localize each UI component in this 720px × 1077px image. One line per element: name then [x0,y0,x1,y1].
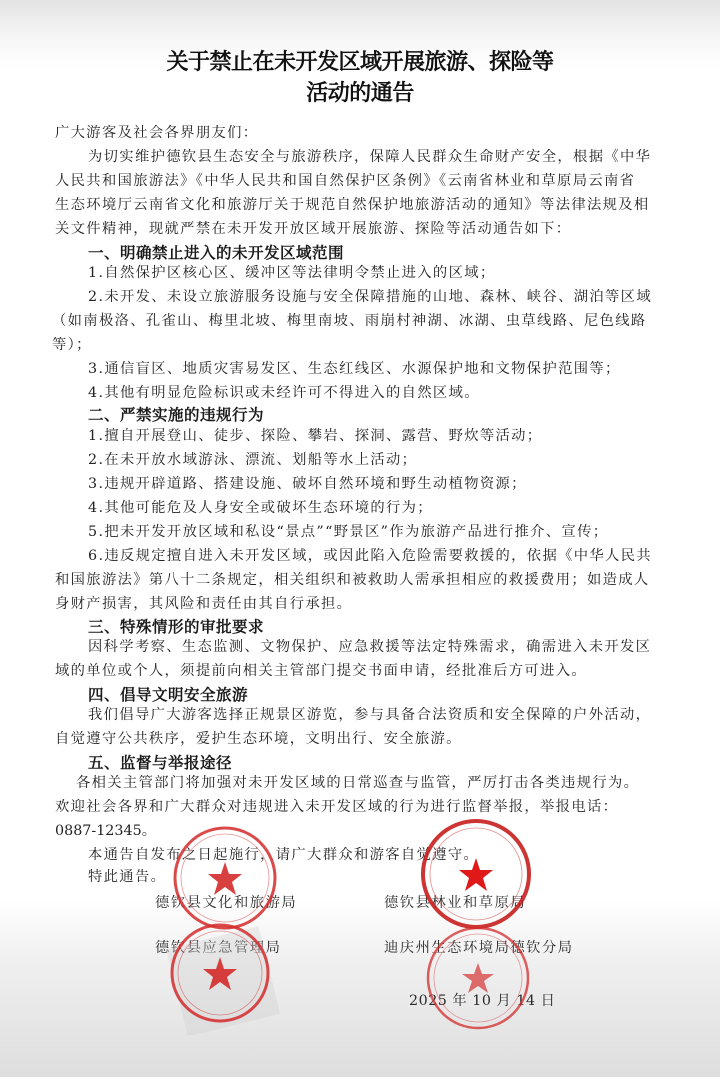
intro-line: 为切实维护德钦县生态安全与旅游秩序，保障人民群众生命财产安全，根据《中华 [88,147,651,167]
section-line: 3.违规开辟道路、搭建设施、破坏自然环境和野生动植物资源； [88,474,527,494]
section-line: 5.把未开发开放区域和私设“景点”“野景区”作为旅游产品进行推介、宣传； [88,522,608,542]
signatory-forestry-grassland: 德钦县林业和草原局 [384,892,526,912]
official-seal-icon [420,818,532,930]
section-heading: 一、明确禁止进入的未开发区域范围 [88,241,344,263]
section-line: 6.违反规定擅自进入未开发区域，或因此陷入危险需要救援的，依据《中华人民共 [88,546,652,566]
document-title-line-1: 关于禁止在未开发区域开展旅游、探险等 [0,45,720,76]
section-heading: 三、特殊情形的审批要求 [88,615,264,637]
document-title-line-2: 活动的通告 [0,76,720,107]
section-line: （如南极洛、孔雀山、梅里北坡、梅里南坡、雨崩村神湖、冰湖、虫草线路、尼色线路 [52,311,647,331]
section-line: 我们倡导广大游客选择正规景区游览，参与具备合法资质和安全保障的户外活动， [88,705,651,725]
section-line: 自觉遵守公共秩序，爱护生态环境，文明出行、安全旅游。 [55,729,462,749]
section-line: 等）； [52,335,92,355]
signatory-emergency-management: 德钦县应急管理局 [155,937,281,957]
intro-line: 生态环境厅云南省文化和旅游厅关于规范自然保护地旅游活动的通知》等法律法规及相 [55,195,650,215]
signatory-ecology-environment: 迪庆州生态环境局德钦分局 [384,937,574,957]
section-heading: 四、倡导文明安全旅游 [88,683,248,705]
intro-line: 关文件精神，现就严禁在未开发开放区域开展旅游、探险等活动通告如下： [55,219,571,239]
signatory-culture-tourism: 德钦县文化和旅游局 [155,892,297,912]
section-line: 欢迎社会各界和广大群众对违规进入未开发区域的行为进行监督举报，举报电话： [55,797,618,817]
section-line: 各相关主管部门将加强对未开发区域的日常巡查与监管，严厉打击各类违规行为。 [76,773,639,793]
section-heading: 五、监督与举报途径 [88,751,232,773]
section-line: 4.其他有明显危险标识或未经许可不得进入的自然区域。 [88,383,480,403]
salutation: 广大游客及社会各界朋友们： [55,123,258,143]
section-line: 因科学考察、生态监测、文物保护、应急救援等法定特殊需求，确需进入未开发区 [88,637,651,657]
closing-line: 本通告自发布之日起施行，请广大群众和游客自觉遵守。 [88,845,479,865]
section-line: 3.通信盲区、地质灾害易发区、生态红线区、水源保护地和文物保护范围等； [88,359,621,379]
section-heading: 二、严禁实施的违规行为 [88,403,264,425]
closing-line: 特此通告。 [88,867,166,887]
section-line: 2.未开发、未设立旅游服务设施与安全保障措施的山地、森林、峡谷、湖泊等区域 [88,287,652,307]
hotline-number: 0887-12345。 [55,821,156,841]
official-seal-icon [160,915,280,1035]
official-seal-icon [172,825,278,931]
section-line: 和国旅游法》第八十二条规定，相关组织和被救助人需承担相应的救援费用；如造成人 [55,570,650,590]
section-line: 身财产损害，其风险和责任由其自行承担。 [55,594,352,614]
section-line: 4.其他可能危及人身安全或破坏生态环境的行为； [88,498,433,518]
notice-document: 关于禁止在未开发区域开展旅游、探险等 活动的通告 广大游客及社会各界朋友们： 为… [0,0,720,1077]
intro-line: 人民共和国旅游法》《中华人民共和国自然保护区条例》《云南省林业和草原局云南省 [55,171,635,191]
section-line: 1.擅自开展登山、徒步、探险、攀岩、探洞、露营、野炊等活动； [88,426,542,446]
issue-date: 2025 年 10 月 14 日 [409,990,555,1010]
section-line: 2.在未开放水域游泳、漂流、划船等水上活动； [88,450,417,470]
section-line: 域的单位或个人，须提前向相关主管部门提交书面申请，经批准后方可进入。 [55,661,587,681]
section-line: 1.自然保护区核心区、缓冲区等法律明令禁止进入的区域； [88,263,496,283]
